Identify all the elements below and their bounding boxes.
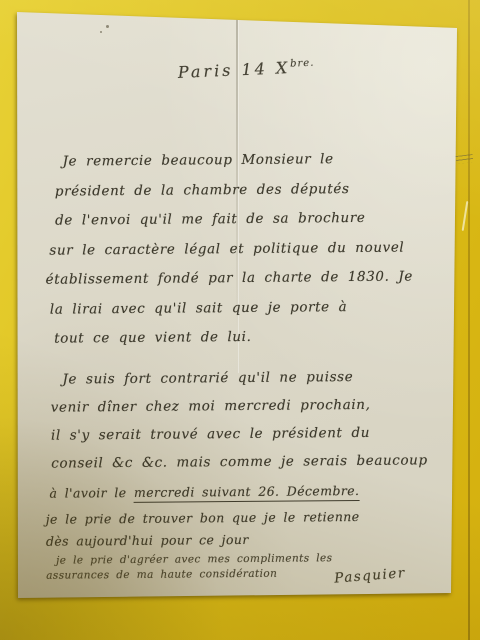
- handwritten-text: Paris 14 Xbre. Je remercie beaucoup Mons…: [0, 0, 480, 640]
- dateline: Paris 14 Xbre.: [177, 57, 314, 82]
- dateline-month: X: [275, 58, 290, 78]
- letter-line: Je suis fort contrarié qu'il ne puisse: [62, 362, 427, 393]
- letter-paper: Paris 14 Xbre. Je remercie beaucoup Mons…: [0, 0, 480, 640]
- paragraph-3: à l'avoir le mercredi suivant 26. Décemb…: [45, 483, 360, 582]
- letter-line: conseil &c &c. mais comme je serais beau…: [51, 446, 428, 477]
- letter-line: je le prie d'agréer avec mes compliments…: [56, 552, 360, 567]
- letter-line: venir dîner chez moi mercredi prochain,: [51, 390, 428, 421]
- letter-line: dès aujourd'hui pour ce jour: [46, 531, 360, 549]
- date-line-prefix: à l'avoir le: [49, 485, 134, 501]
- dateline-city-day: Paris 14: [177, 59, 268, 82]
- letter-line: président de la chambre des députés: [55, 174, 413, 207]
- underlined-date: mercredi suivant 26. Décembre.: [134, 483, 360, 503]
- letter-line: de l'envoi qu'il me fait de sa brochure: [55, 203, 413, 236]
- letter-line: assurances de ma haute considération: [46, 567, 360, 582]
- letter-photo: Paris 14 Xbre. Je remercie beaucoup Mons…: [0, 0, 480, 640]
- paragraph-2: Je suis fort contrarié qu'il ne puisse v…: [50, 362, 427, 477]
- letter-line: à l'avoir le mercredi suivant 26. Décemb…: [49, 483, 359, 501]
- letter-line: tout ce que vient de lui.: [54, 321, 414, 354]
- letter-line: sur le caractère légal et politique du n…: [49, 233, 413, 266]
- letter-line: je le prie de trouver bon que je le reti…: [46, 509, 360, 527]
- paper-shadow: Paris 14 Xbre. Je remercie beaucoup Mons…: [0, 0, 480, 640]
- paragraph-1: Je remercie beaucoup Monsieur le préside…: [48, 144, 413, 354]
- letter-line: la lirai avec qu'il sait que je porte à: [50, 292, 414, 325]
- dateline-month-sup: bre.: [290, 58, 315, 70]
- letter-line: établissement fondé par la charte de 183…: [46, 262, 414, 295]
- letter-line: il s'y serait trouvé avec le président d…: [51, 418, 428, 449]
- letter-line: Je remercie beaucoup Monsieur le: [62, 144, 412, 177]
